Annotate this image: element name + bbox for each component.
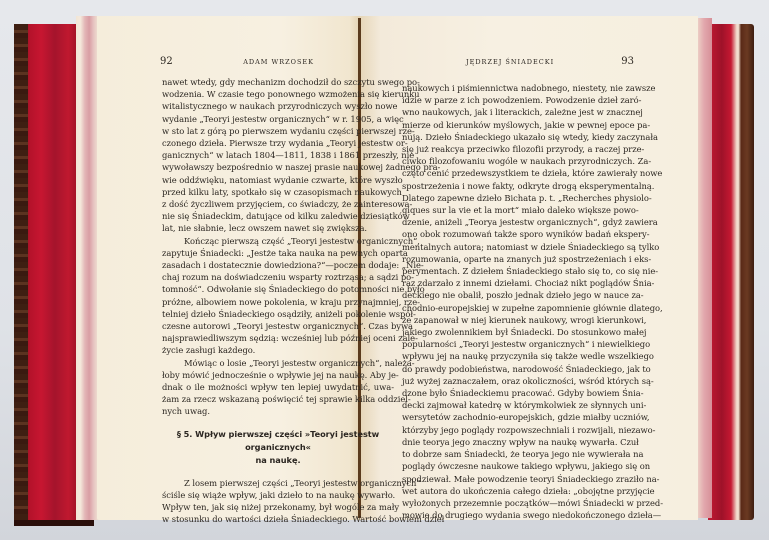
- page-edges-left: [76, 16, 98, 520]
- right-page-number: 93: [621, 56, 634, 67]
- text-line: życie zasługi każdego.: [162, 344, 394, 356]
- text-line: wie oddźwięku, natomiast wydanie czwarte…: [162, 174, 394, 186]
- text-line: ściśle się wiąże wpływ, jaki dzieło to n…: [162, 489, 394, 501]
- text-line: wno naukowych, jak i literackich, zależn…: [402, 106, 634, 118]
- text-line: łoby mówić jednocześnie o wpływie jej na…: [162, 369, 394, 381]
- text-line: naukowych i piśmiennictwa nadobnego, nie…: [402, 82, 634, 94]
- text-line: mowie do drugiego wydania swego niedokoń…: [402, 509, 634, 521]
- section-heading: § 5. Wpływ pierwszej części »Teoryi jest…: [162, 428, 394, 467]
- text-line: wydanie „Teoryi jestestw organicznych“ w…: [162, 113, 394, 125]
- text-line: idzie w parze z ich powodzeniem. Powodze…: [402, 94, 634, 106]
- text-line: Z losem pierwszej części „Teoryi jestest…: [162, 477, 394, 489]
- section-heading-line-1: § 5. Wpływ pierwszej części »Teoryi jest…: [162, 428, 394, 454]
- text-line: najsprawiedliwszym sędzią: wcześniej lub…: [162, 332, 394, 344]
- left-paragraph-3: Mówiąc o losie „Teoryi jestestw organicz…: [162, 357, 394, 418]
- text-line: chodnio-europejskiej w zupełne zapomnien…: [402, 302, 634, 314]
- text-line: dnak o ile możności wpływ ten lepiej uwy…: [162, 381, 394, 393]
- text-line: wersytetów zachodnio-europejskich, gdzie…: [402, 411, 634, 423]
- book-cover-left: [14, 24, 82, 524]
- text-line: Mówiąc o losie „Teoryi jestestw organicz…: [162, 357, 394, 369]
- text-line: giques sur la vie et la mort“ miało dale…: [402, 204, 634, 216]
- text-line: w sto lat z górą po pierwszem wydaniu cz…: [162, 125, 394, 137]
- text-line: deckiego nie obalił, poszło jednak dzieł…: [402, 289, 634, 301]
- text-line: lat, nie słabnie, lecz owszem nawet się …: [162, 222, 394, 234]
- text-line: próżne, albowiem nowe pokolenia, w kraju…: [162, 296, 394, 308]
- text-line: wyłożonych przezemnie początków—mówi Śni…: [402, 497, 634, 509]
- text-line: nych uwag.: [162, 405, 394, 417]
- text-line: raz zdarzało z innemi dziełami. Chociaż …: [402, 277, 634, 289]
- text-line: perymentach. Z dziełem Śniadeckiego stał…: [402, 265, 634, 277]
- text-line: że zapanował w niej kierunek naukowy, wr…: [402, 314, 634, 326]
- text-line: to dobrze sam Śniadecki, że teorya jego …: [402, 448, 634, 460]
- text-line: Dlatego zapewne dzieło Bichata p. t. „Re…: [402, 192, 634, 204]
- right-page-header: JĘDRZEJ ŚNIADECKI 93: [402, 56, 634, 67]
- text-line: dzone było Śniadeckiemu pracować. Gdyby …: [402, 387, 634, 399]
- text-line: którzyby jego poglądy rozpowszechniali i…: [402, 424, 634, 436]
- text-line: czonego dzieła. Pierwsze trzy wydania „T…: [162, 137, 394, 149]
- text-line: decki zajmował katedrę w którymkolwiek z…: [402, 399, 634, 411]
- text-line: się już reakcya przeciwko filozofii przy…: [402, 143, 634, 155]
- text-line: już wyżej zaznaczałem, oraz okoliczności…: [402, 375, 634, 387]
- book-cover-right: [708, 24, 754, 520]
- right-running-head: JĘDRZEJ ŚNIADECKI: [466, 58, 554, 66]
- text-line: ono obok rozumowań także sporo wyników b…: [402, 228, 634, 240]
- section-heading-line-2: na naukę.: [162, 454, 394, 467]
- text-line: wet autora do ukończenia całego dzieła: …: [402, 485, 634, 497]
- left-page-header: 92 ADAM WRZOSEK: [160, 56, 392, 67]
- left-running-head: ADAM WRZOSEK: [243, 58, 314, 66]
- text-line: telniej dzieło Śniadeckiego osądziły, an…: [162, 308, 394, 320]
- text-line: wpływu jej na naukę przyczyniła się takż…: [402, 350, 634, 362]
- left-page-number: 92: [160, 56, 173, 67]
- page-edges-right: [696, 18, 712, 518]
- left-paragraph-2: Kończąc pierwszą część „Teoryi jestestw …: [162, 235, 394, 357]
- left-paragraph-1: nawet wtedy, gdy mechanizm dochodził do …: [162, 76, 394, 235]
- text-line: jakiego zwolennikiem był Śniadecki. Do s…: [402, 326, 634, 338]
- text-line: mierze od kierunków myślowych, jakie w p…: [402, 119, 634, 131]
- text-line: tomność“. Odwołanie się Śniadeckiego do …: [162, 283, 394, 295]
- text-line: poglądy ówczesne naukowe takiego wpływu,…: [402, 460, 634, 472]
- text-line: zasadach i dostatecznie dowiedziona?“—po…: [162, 259, 394, 271]
- text-line: nawet wtedy, gdy mechanizm dochodził do …: [162, 76, 394, 88]
- text-line: rozumowania, oparte na znanych już spost…: [402, 253, 634, 265]
- text-line: do prawdy podobieństwa, narodowość Śniad…: [402, 363, 634, 375]
- text-line: wywoławszy bezpośrednio w naszej prasie …: [162, 161, 394, 173]
- text-line: chaj rozum na doświadczeniu wsparty rozt…: [162, 271, 394, 283]
- text-line: spostrzeżenia i nowe fakty, odkryte drog…: [402, 180, 634, 192]
- text-line: Wpływ ten, jak się niżej przekonamy, był…: [162, 501, 394, 513]
- text-line: ciwko filozofowaniu wogóle w naukach prz…: [402, 155, 634, 167]
- text-line: częto cenić przedewszystkiem te dzieła, …: [402, 167, 634, 179]
- text-line: mentalnych autora; natomiast w dziele Śn…: [402, 241, 634, 253]
- text-line: witalistycznego w naukach przyrodniczych…: [162, 100, 394, 112]
- text-line: w stosunku do wartości dzieła Śniadeckie…: [162, 513, 394, 525]
- text-line: z dość życzliwem przyjęciem, co świadczy…: [162, 198, 394, 210]
- text-line: zapytuje Śniadecki: „Jestże taka nauka n…: [162, 247, 394, 259]
- text-line: żam za rzecz wskazaną poświęcić tej spra…: [162, 393, 394, 405]
- text-line: dzenie, aniżeli „Teorya jestestw organic…: [402, 216, 634, 228]
- text-line: przed kilku laty, spotkało się w czasopi…: [162, 186, 394, 198]
- left-paragraph-4: Z losem pierwszej części „Teoryi jestest…: [162, 477, 394, 526]
- text-line: popularności „Teoryi jestestw organiczny…: [402, 338, 634, 350]
- right-page-text: naukowych i piśmiennictwa nadobnego, nie…: [402, 82, 634, 521]
- text-line: dnie teorya jego znaczny wpływ na naukę …: [402, 436, 634, 448]
- text-line: czesne autorowi „Teoryi jestestw organic…: [162, 320, 394, 332]
- text-line: wodzenia. W czasie tego ponownego wzmoże…: [162, 88, 394, 100]
- text-line: Kończąc pierwszą część „Teoryi jestestw …: [162, 235, 394, 247]
- text-line: nie się Śniadeckim, datujące od kilku za…: [162, 210, 394, 222]
- text-line: spodziewał. Małe powodzenie teoryi Śniad…: [402, 473, 634, 485]
- text-line: nują. Dzieło Śniadeckiego ukazało się wt…: [402, 131, 634, 143]
- text-line: ganicznych“ w latach 1804—1811, 1838 i 1…: [162, 149, 394, 161]
- right-paragraph: naukowych i piśmiennictwa nadobnego, nie…: [402, 82, 634, 521]
- left-page-text: nawet wtedy, gdy mechanizm dochodził do …: [162, 76, 394, 526]
